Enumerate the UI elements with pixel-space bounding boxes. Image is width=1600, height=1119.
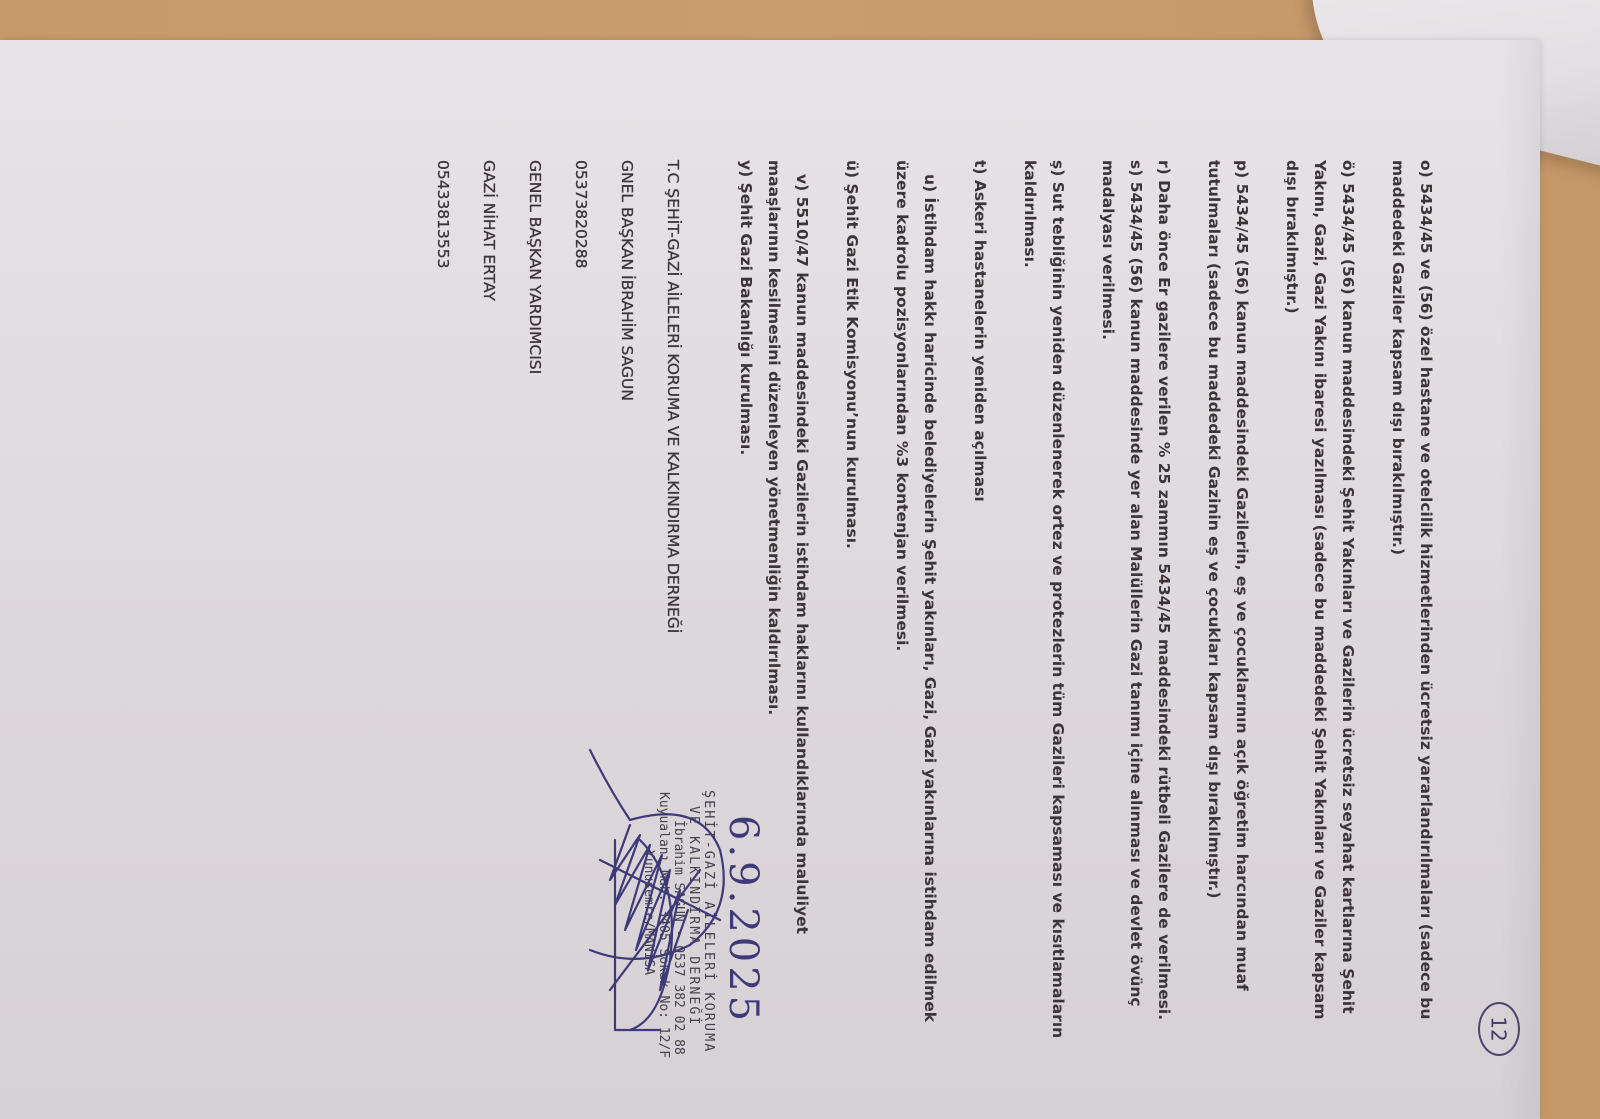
text-line: r) Daha önce Er gazilere verilen % 25 za… — [1150, 160, 1178, 1060]
list-item-o-umlaut: ö) 5434/45 (56) kanun maddesindeki Şehit… — [1278, 160, 1362, 1060]
list-item-t: t) Askeri hastanelerin yeniden açılması — [966, 160, 994, 1060]
text-line: madalyası verilmesi. — [1094, 160, 1122, 1060]
vice-president-phone: 05433813553 — [434, 160, 452, 1060]
text-line: kaldırılması. — [1016, 160, 1044, 1060]
list-item-u-umlaut: ü) Şehit Gazi Etik Komisyonu’nun kurulma… — [838, 160, 866, 1060]
text-line: o) 5434/45 ve (56) özel hastane ve otelc… — [1412, 160, 1440, 1060]
list-item-u: u) İstihdam hakkı haricinde belediyeleri… — [888, 160, 944, 1060]
page-number: 12 — [1487, 1016, 1511, 1041]
paper-edge-shadow — [1500, 40, 1540, 1119]
text-line: tutulmaları (sadece bu maddedeki Gazinin… — [1200, 160, 1228, 1060]
list-item-s-cedilla: ş) Sut tebliğinin yeniden düzenlenerek o… — [1016, 160, 1072, 1060]
text-line: Yakını, Gazi, Gazi Yakını ibaresi yazılm… — [1306, 160, 1334, 1060]
vice-president-title: GENEL BAŞKAN YARDIMCISI — [526, 160, 544, 1060]
text-line: v) 5510/47 kanun maddesindeki Gazilerin … — [788, 160, 816, 1060]
text-line: dışı bırakılmıştır.) — [1278, 160, 1306, 1060]
list-item-r-s: r) Daha önce Er gazilere verilen % 25 za… — [1094, 160, 1178, 1060]
text-line: s) 5434/45 (56) kanun maddesinde yer ala… — [1122, 160, 1150, 1060]
text-line: u) İstihdam hakkı haricinde belediyeleri… — [916, 160, 944, 1060]
text-line: maddedeki Gaziler kapsam dışı bırakılmış… — [1384, 160, 1412, 1060]
text-line: t) Askeri hastanelerin yeniden açılması — [966, 160, 994, 1060]
document-body: o) 5434/45 ve (56) özel hastane ve otelc… — [180, 160, 1440, 1060]
vice-president-name: GAZİ NİHAT ERTAY — [480, 160, 498, 1060]
text-line: üzere kadrolu pozisyonlarından %3 konten… — [888, 160, 916, 1060]
list-item-p: p) 5434/45 (56) kanun maddesindeki Gazil… — [1200, 160, 1256, 1060]
text-line: ü) Şehit Gazi Etik Komisyonu’nun kurulma… — [838, 160, 866, 1060]
text-line: ş) Sut tebliğinin yeniden düzenlenerek o… — [1044, 160, 1072, 1060]
signature-icon — [570, 730, 740, 1050]
list-item-o: o) 5434/45 ve (56) özel hastane ve otelc… — [1384, 160, 1440, 1060]
page-number-circle: 12 — [1478, 1002, 1520, 1056]
text-line: ö) 5434/45 (56) kanun maddesindeki Şehit… — [1334, 160, 1362, 1060]
text-line: p) 5434/45 (56) kanun maddesindeki Gazil… — [1228, 160, 1256, 1060]
